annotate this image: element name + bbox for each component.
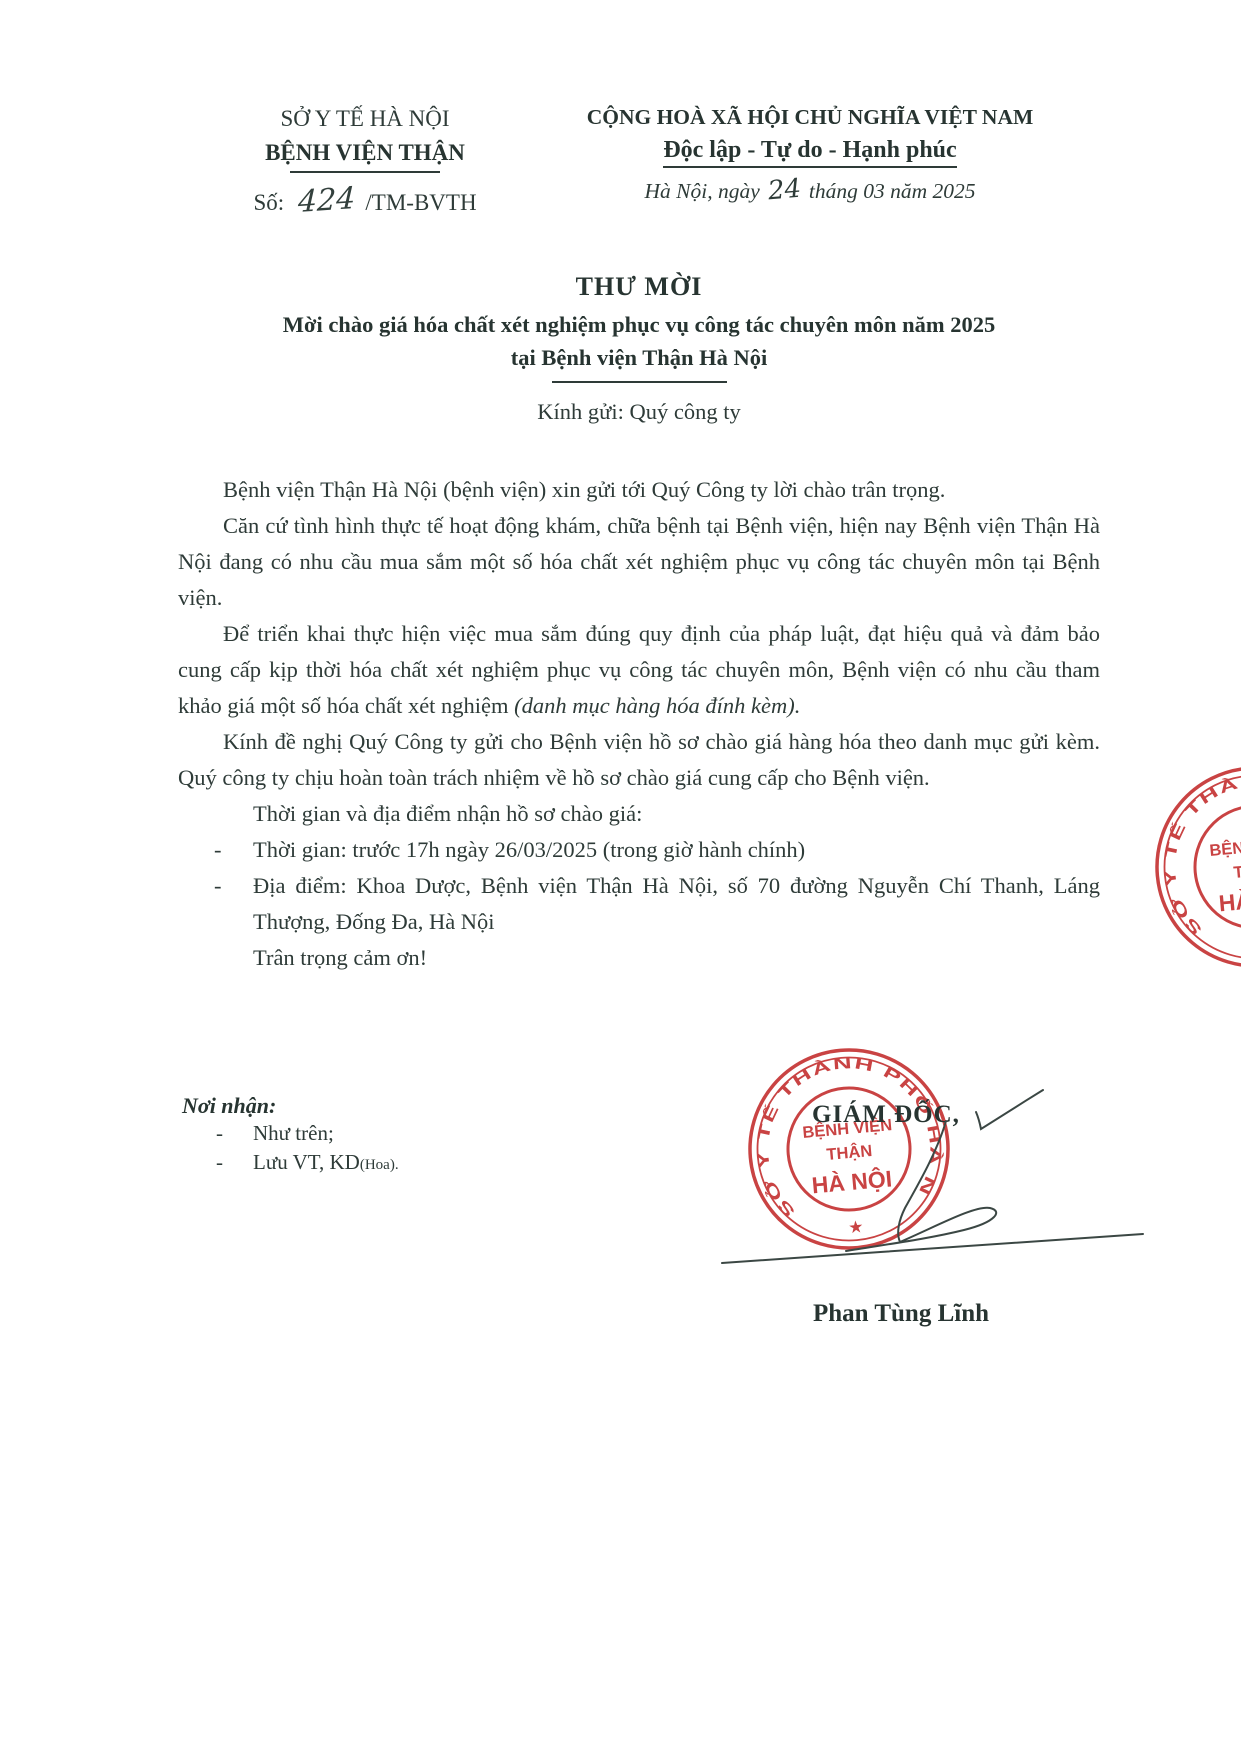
recipient-2-annotation: (Hoa). [360,1157,399,1173]
document-page: SỞ Y TẾ HÀ NỘI BỆNH VIỆN THẬN Số:424/TM-… [0,0,1241,1755]
document-number-handwritten: 424 [298,181,356,220]
paragraph-time-place-heading: Thời gian và địa điểm nhận hồ sơ chào gi… [178,796,1100,832]
bullet-dash: - [214,868,222,904]
recipient-dash: - [216,1119,223,1148]
document-subtitle: Mời chào giá hóa chất xét nghiệm phục vụ… [178,308,1100,374]
stamp-hospital-line2: THẬN [826,1141,873,1164]
issuer-underline [290,171,440,173]
document-title: THƯ MỜI [178,272,1100,302]
bullet-place: -Địa điểm: Khoa Dược, Bệnh viện Thận Hà … [178,868,1100,940]
paragraph-purpose: Để triển khai thực hiện việc mua sắm đún… [178,616,1100,724]
signer-title: GIÁM ĐỐC, [812,1101,960,1129]
document-number-label: Số: [253,190,284,215]
document-number-suffix: /TM-BVTH [365,190,476,215]
recipients-block: Nơi nhận: -Như trên; -Lưu VT, KD(Hoa). [182,1093,602,1180]
issuer-hospital: BỆNH VIỆN THẬN [200,138,530,168]
signer-name: Phan Tùng Lĩnh [786,1300,1016,1328]
recipient-item: -Như trên; [182,1119,602,1148]
issuer-block: SỞ Y TẾ HÀ NỘI BỆNH VIỆN THẬN Số:424/TM-… [200,104,530,218]
issuer-department: SỞ Y TẾ HÀ NỘI [200,104,530,134]
date-line: Hà Nội, ngày24tháng 03 năm 2025 [560,175,1060,205]
date-prefix: Hà Nội, ngày [645,179,760,203]
bullet-dash: - [214,832,222,868]
bullet-place-text: Địa điểm: Khoa Dược, Bệnh viện Thận Hà N… [253,873,1100,934]
stamp-hospital-line1: BỆNH VIỆN [1209,833,1241,860]
letter-body: Bệnh viện Thận Hà Nội (bệnh viện) xin gử… [178,472,1100,976]
stamp-hospital-line3: HÀ NỘI [811,1164,894,1198]
title-underline [552,381,727,383]
salutation: Kính gửi: Quý công ty [178,399,1100,425]
stamp-hospital-line2: THẬN [1233,859,1241,882]
signature-tick-stroke [976,1090,1043,1129]
national-motto-block: CỘNG HOÀ XÃ HỘI CHỦ NGHĨA VIỆT NAM Độc l… [560,104,1060,205]
recipients-label: Nơi nhận: [182,1093,602,1119]
motto-line: Độc lập - Tự do - Hạnh phúc [560,137,1060,168]
title-block: THƯ MỜI Mời chào giá hóa chất xét nghiệm… [178,272,1100,425]
date-day-handwritten: 24 [767,174,803,207]
recipient-item: -Lưu VT, KD(Hoa). [182,1148,602,1180]
motto-text: Độc lập - Tự do - Hạnh phúc [663,137,956,168]
closing-line: Trân trọng cảm ơn! [178,940,1100,976]
country-name: CỘNG HOÀ XÃ HỘI CHỦ NGHĨA VIỆT NAM [560,104,1060,131]
stamp-star-icon: ★ [847,1217,864,1237]
partial-round-stamp: SỞ Y TẾ THÀNH PHỐ HÀ NỘI BỆNH VIỆN THẬN … [1137,748,1241,986]
hospital-round-stamp: SỞ Y TẾ THÀNH PHỐ HÀ NỘI BỆNH VIỆN THẬN … [730,1030,968,1268]
paragraph-context: Căn cứ tình hình thực tế hoạt động khám,… [178,508,1100,616]
subtitle-line-2: tại Bệnh viện Thận Hà Nội [178,341,1100,374]
recipient-1-text: Như trên; [253,1121,334,1145]
bullet-time: -Thời gian: trước 17h ngày 26/03/2025 (t… [178,832,1100,868]
stamp-hospital-line3: HÀ NỘI [1218,882,1241,916]
recipient-2-text: Lưu VT, KD [253,1150,360,1174]
paragraph-purpose-attachment-note: (danh mục hàng hóa đính kèm). [514,693,800,718]
subtitle-line-1: Mời chào giá hóa chất xét nghiệm phục vụ… [178,308,1100,341]
bullet-time-text: Thời gian: trước 17h ngày 26/03/2025 (tr… [253,837,805,862]
paragraph-request: Kính đề nghị Quý Công ty gửi cho Bệnh vi… [178,724,1100,796]
document-number-line: Số:424/TM-BVTH [200,183,530,218]
paragraph-greeting: Bệnh viện Thận Hà Nội (bệnh viện) xin gử… [178,472,1100,508]
recipient-dash: - [216,1148,223,1177]
date-suffix: tháng 03 năm 2025 [809,179,976,203]
